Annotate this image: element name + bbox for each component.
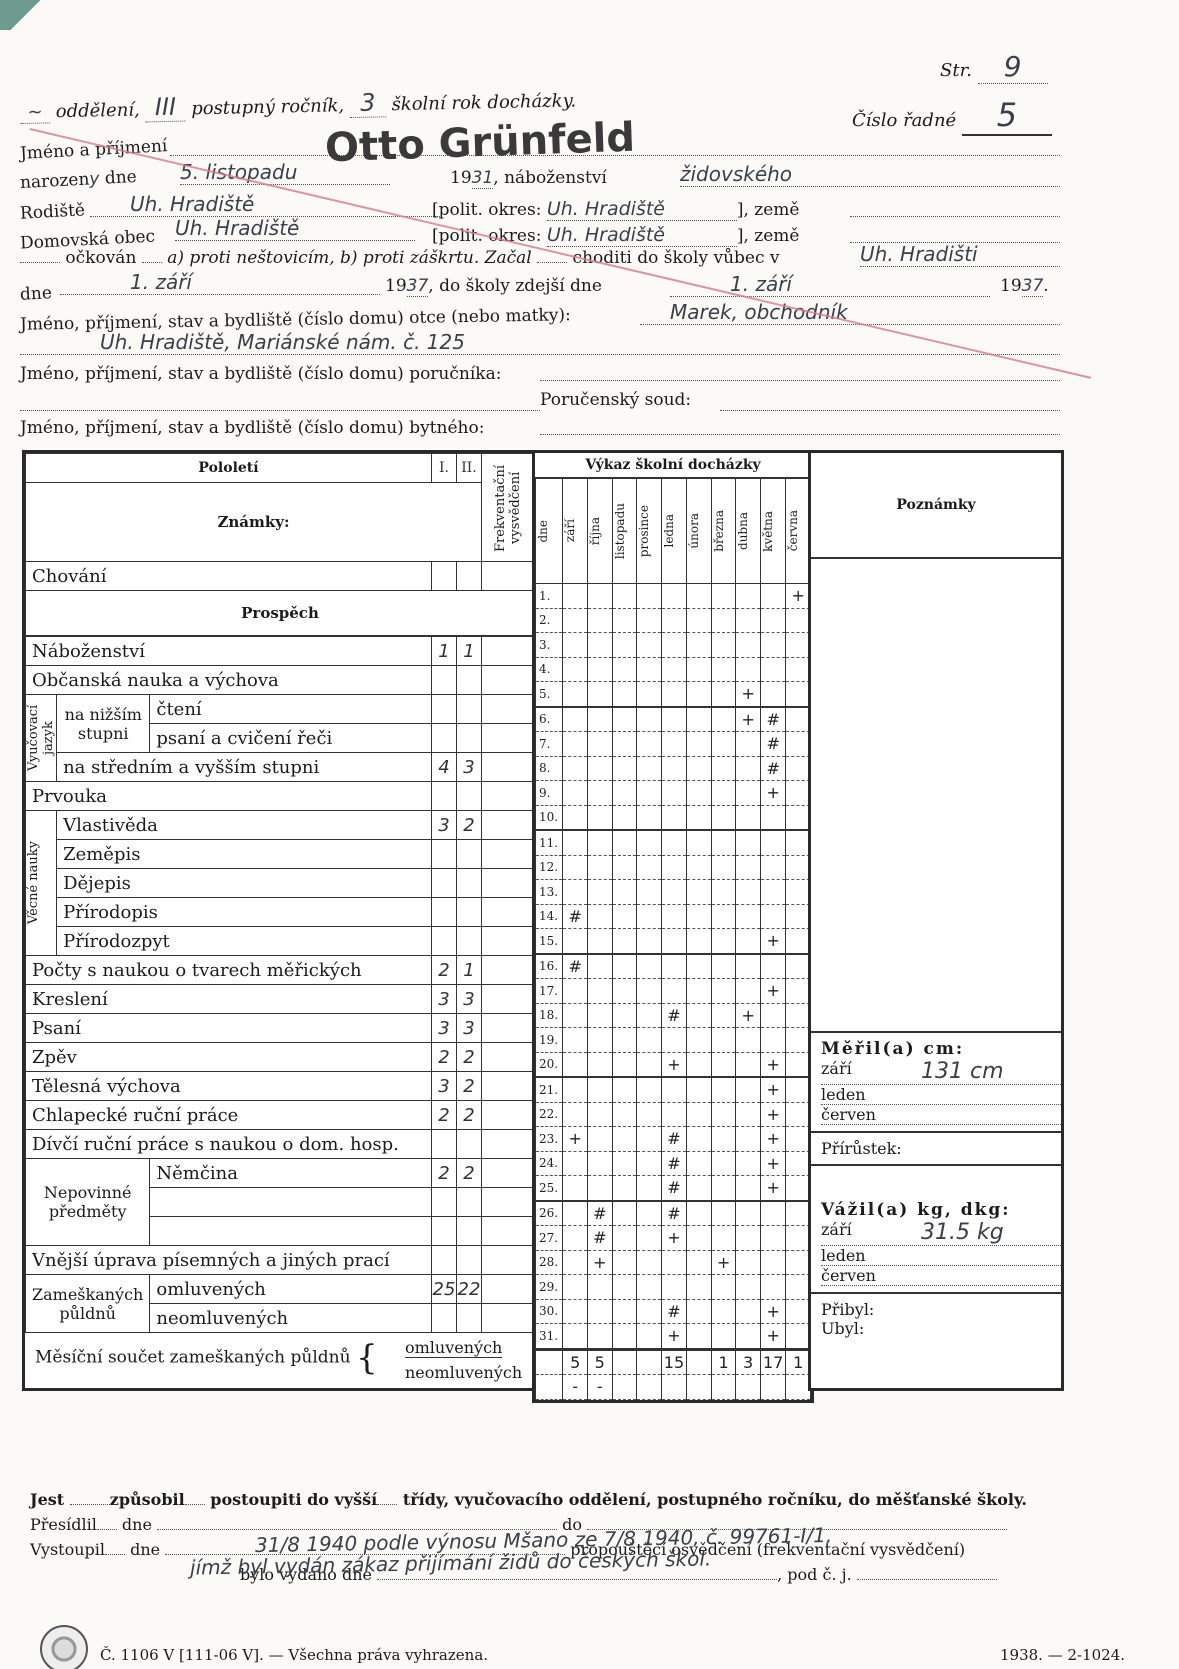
- attendance-row: 14.#: [536, 904, 811, 929]
- attendance-cell: +: [760, 1151, 785, 1176]
- attendance-cell: [760, 1275, 785, 1300]
- attendance-cell: [587, 1003, 612, 1028]
- local-school-label: , do školy zdejší dne: [428, 276, 602, 296]
- attendance-cell: [736, 732, 761, 757]
- attendance-cell: [711, 1226, 736, 1251]
- attendance-cell: [661, 1077, 686, 1102]
- school-start-year: 37: [407, 276, 429, 297]
- attendance-cell: [687, 1250, 712, 1275]
- attendance-cell: [687, 1226, 712, 1251]
- attendance-cell: [760, 682, 785, 707]
- attendance-cell: #: [760, 707, 785, 732]
- attendance-cell: [786, 608, 811, 633]
- attendance-cell: [637, 1299, 662, 1324]
- attendance-cell: [637, 929, 662, 954]
- attendance-row: 1.+: [536, 584, 811, 609]
- attendance-cell: [637, 1176, 662, 1201]
- attendance-cell: [612, 954, 637, 979]
- grade-row: Dějepis: [26, 869, 535, 898]
- attendance-row: 12.: [536, 855, 811, 880]
- school-start-label: choditi do školy vůbec v: [573, 248, 780, 268]
- grade-row: Tělesná výchova32: [26, 1072, 535, 1101]
- subject-grades: Náboženství11 Občanská nauka a výchova V…: [25, 636, 535, 1333]
- attendance-cell: [736, 1127, 761, 1152]
- attendance-cell: [661, 1250, 686, 1275]
- attendance-cell: [637, 1250, 662, 1275]
- eligibility-value: způsobil: [110, 1490, 185, 1509]
- attendance-cell: +: [661, 1226, 686, 1251]
- month-header: dubna: [736, 479, 761, 584]
- attendance-cell: [637, 954, 662, 979]
- attendance-cell: [587, 1102, 612, 1127]
- attendance-cell: +: [760, 1077, 785, 1102]
- attendance-cell: [786, 1077, 811, 1102]
- attendance-cell: [687, 1003, 712, 1028]
- vaccination-line: očkován a) proti neštovicím, b) proti zá…: [20, 248, 780, 268]
- attendance-cell: [612, 1077, 637, 1102]
- attendance-cell: [760, 1226, 785, 1251]
- attendance-cell: [612, 1275, 637, 1300]
- attendance-cell: [687, 682, 712, 707]
- attendance-row: 9.+: [536, 781, 811, 806]
- day-number: 31.: [536, 1324, 563, 1350]
- attendance-cell: [612, 1324, 637, 1350]
- attendance-cell: [786, 880, 811, 905]
- attendance-cell: +: [736, 682, 761, 707]
- attendance-cell: [786, 1324, 811, 1350]
- local-start-date: 1. září: [670, 272, 990, 297]
- year-label: školní rok docházky.: [391, 90, 576, 115]
- conduct-label: Chování: [26, 562, 432, 591]
- attendance-cell: #: [587, 1201, 612, 1226]
- attendance-cell: [587, 954, 612, 979]
- weight-label: Vážil(a) kg, dkg:: [811, 1200, 1061, 1220]
- attendance-cell: #: [587, 1226, 612, 1251]
- attendance-cell: [637, 584, 662, 609]
- attendance-cell: [661, 904, 686, 929]
- attendance-cell: [587, 1176, 612, 1201]
- name-label: Jméno a příjmení: [20, 136, 168, 164]
- attendance-cell: [711, 707, 736, 732]
- attendance-cell: [736, 1151, 761, 1176]
- semester-2-header: II.: [457, 454, 482, 483]
- attendance-cell: [612, 1250, 637, 1275]
- day-number: 10.: [536, 805, 563, 830]
- domicile-value: Uh. Hradiště: [175, 216, 415, 241]
- attendance-cell: +: [661, 1052, 686, 1077]
- attendance-cell: [612, 584, 637, 609]
- attendance-cell: [711, 1052, 736, 1077]
- day-number: 5.: [536, 682, 563, 707]
- attendance-cell: [563, 805, 588, 830]
- attendance-cell: [786, 1052, 811, 1077]
- attendance-row: 6.+#: [536, 707, 811, 732]
- attendance-cell: [661, 880, 686, 905]
- day-number: 4.: [536, 657, 563, 682]
- attendance-cell: [563, 1077, 588, 1102]
- attendance-row: 3.: [536, 633, 811, 658]
- attendance-cell: #: [661, 1176, 686, 1201]
- attendance-cell: [687, 954, 712, 979]
- notes-title: Poznámky: [811, 453, 1061, 559]
- attendance-cell: [587, 1324, 612, 1350]
- attendance-row: 17.+: [536, 979, 811, 1004]
- attendance-cell: [786, 756, 811, 781]
- form-code: Č. 1106 V [111-06 V]. — Všechna práva vy…: [100, 1646, 488, 1664]
- height-row-sep: září131 cm leden červen: [811, 1059, 1061, 1125]
- district-label: [polit. okres:: [432, 200, 541, 220]
- day-number: 18.: [536, 1003, 563, 1028]
- year-prefix: 19: [450, 168, 472, 188]
- attendance-cell: [760, 904, 785, 929]
- attendance-cell: [711, 657, 736, 682]
- height-section: Měřil(a) cm: září131 cm leden červen Pří…: [811, 1031, 1061, 1344]
- grade-row: Zameškaných půldnů omluvených2522: [26, 1275, 535, 1304]
- issued-line: bylo vydáno dne , pod č. j. jímž byl vyd…: [30, 1565, 1130, 1584]
- grade-row: Zeměpis: [26, 840, 535, 869]
- grade-row: Přírodozpyt: [26, 927, 535, 956]
- excused-totals-row: 5 5 15 1 3 17 1: [536, 1349, 811, 1375]
- attendance-cell: [637, 682, 662, 707]
- optional-group: Nepovinné předměty: [26, 1159, 150, 1246]
- attendance-cell: #: [661, 1201, 686, 1226]
- attendance-cell: [736, 1102, 761, 1127]
- local-start-year: 37: [1022, 276, 1044, 297]
- attendance-cell: [736, 633, 761, 658]
- excused-sum-label: omluvených: [405, 1338, 502, 1358]
- day-number: 2.: [536, 608, 563, 633]
- attendance-cell: [637, 781, 662, 806]
- attendance-row: 21.+: [536, 1077, 811, 1102]
- attendance-cell: [786, 1003, 811, 1028]
- marks-header: Známky:: [26, 483, 482, 562]
- attendance-cell: [637, 1151, 662, 1176]
- day-number: 19.: [536, 1028, 563, 1053]
- page-label: Str.: [940, 60, 972, 81]
- page-number: 9: [978, 50, 1048, 84]
- country-label-2: ], země: [737, 226, 800, 246]
- attendance-cell: [687, 1028, 712, 1053]
- attendance-cell: [736, 1275, 761, 1300]
- day-number: 24.: [536, 1151, 563, 1176]
- attendance-cell: #: [661, 1127, 686, 1152]
- attendance-row: 28.++: [536, 1250, 811, 1275]
- attendance-cell: [736, 1324, 761, 1350]
- attendance-row: 22.+: [536, 1102, 811, 1127]
- attendance-cell: [612, 1299, 637, 1324]
- attendance-cell: [687, 584, 712, 609]
- attendance-cell: #: [563, 954, 588, 979]
- day-number: 11.: [536, 830, 563, 855]
- guardian-line: [540, 380, 1060, 381]
- attendance-cell: [736, 1250, 761, 1275]
- semester-header: Pololetí: [26, 454, 432, 483]
- month-header: ledna: [661, 479, 686, 584]
- born-label: narozen: [20, 169, 90, 193]
- attendance-cell: [786, 633, 811, 658]
- attendance-cell: [612, 1127, 637, 1152]
- day-number: 6.: [536, 707, 563, 732]
- attendance-cell: [786, 1102, 811, 1127]
- attendance-row: 26.##: [536, 1201, 811, 1226]
- month-header: května: [760, 479, 785, 584]
- grade-row: Zpěv22: [26, 1043, 535, 1072]
- day-number: 1.: [536, 584, 563, 609]
- publisher-seal-icon: [40, 1625, 88, 1669]
- attendance-cell: [661, 584, 686, 609]
- attendance-cell: [612, 855, 637, 880]
- attendance-cell: [736, 880, 761, 905]
- grade-row: Náboženství11: [26, 637, 535, 666]
- attendance-cell: [760, 584, 785, 609]
- attendance-cell: [736, 1176, 761, 1201]
- attendance-cell: [760, 1003, 785, 1028]
- school-start-place: Uh. Hradišti: [860, 242, 1060, 267]
- attendance-cell: [637, 732, 662, 757]
- monthly-sum-label: Měsíční součet zameškaných půldnů: [35, 1348, 351, 1368]
- attendance-cell: [563, 781, 588, 806]
- attendance-row: 15.+: [536, 929, 811, 954]
- attendance-row: 8.#: [536, 756, 811, 781]
- attendance-row: 19.: [536, 1028, 811, 1053]
- day-number: 9.: [536, 781, 563, 806]
- month-header: června: [786, 479, 811, 584]
- attendance-cell: [637, 979, 662, 1004]
- attendance-cell: [687, 1127, 712, 1152]
- attendance-cell: [612, 1003, 637, 1028]
- attendance-cell: [587, 855, 612, 880]
- religion-value: židovského: [680, 162, 1060, 187]
- grade-row: Chlapecké ruční práce22: [26, 1101, 535, 1130]
- day-number: 15.: [536, 929, 563, 954]
- attendance-cell: [736, 855, 761, 880]
- attendance-cell: [563, 633, 588, 658]
- attendance-cell: [760, 1250, 785, 1275]
- attendance-cell: [637, 608, 662, 633]
- attendance-cell: [661, 682, 686, 707]
- attendance-cell: [760, 608, 785, 633]
- grade-row: na středním a vyšším stupni43: [26, 753, 535, 782]
- attendance-cell: [711, 830, 736, 855]
- attendance-row: 29.: [536, 1275, 811, 1300]
- attendance-cell: [637, 1003, 662, 1028]
- attendance-cell: [711, 929, 736, 954]
- attendance-cell: [612, 707, 637, 732]
- attendance-cell: [661, 1028, 686, 1053]
- day-number: 3.: [536, 633, 563, 658]
- attendance-cell: [711, 1324, 736, 1350]
- attendance-cell: [687, 657, 712, 682]
- attendance-cell: [687, 633, 712, 658]
- attendance-cell: [687, 608, 712, 633]
- attendance-cell: [612, 732, 637, 757]
- attendance-cell: [563, 1275, 588, 1300]
- attendance-cell: [711, 1077, 736, 1102]
- attendance-cell: [563, 1151, 588, 1176]
- attendance-cell: [661, 805, 686, 830]
- day-number: 7.: [536, 732, 563, 757]
- attendance-cell: [687, 756, 712, 781]
- attendance-cell: [563, 830, 588, 855]
- division-label: oddělení,: [56, 99, 140, 122]
- grade-row: Psaní33: [26, 1014, 535, 1043]
- attendance-cell: [711, 584, 736, 609]
- order-label: Číslo řadné: [852, 110, 956, 131]
- attendance-row: 24.#+: [536, 1151, 811, 1176]
- attendance-row: 7.#: [536, 732, 811, 757]
- attendance-cell: [711, 756, 736, 781]
- absence-group: Zameškaných půldnů: [26, 1275, 150, 1333]
- attendance-cell: [612, 1151, 637, 1176]
- attendance-cell: [711, 979, 736, 1004]
- attendance-cell: [786, 1226, 811, 1251]
- country-label: ], země: [737, 200, 800, 220]
- attendance-cell: [563, 732, 588, 757]
- court-label: Poručenský soud:: [540, 390, 691, 410]
- attendance-cell: [637, 904, 662, 929]
- grade-row: Kreslení33: [26, 985, 535, 1014]
- attendance-cell: [786, 1151, 811, 1176]
- attendance-cell: [661, 756, 686, 781]
- birthplace-district-field: [polit. okres: Uh. Hradiště], země: [432, 198, 799, 221]
- attendance-cell: +: [760, 1102, 785, 1127]
- attendance-cell: [711, 1127, 736, 1152]
- attendance-cell: [637, 805, 662, 830]
- grade-row: Věcné nauky Vlastivěda32: [26, 811, 535, 840]
- attendance-cell: +: [760, 979, 785, 1004]
- attendance-cell: [687, 904, 712, 929]
- attendance-cell: [612, 929, 637, 954]
- grade-row: Dívčí ruční práce s naukou o dom. hosp.: [26, 1130, 535, 1159]
- footer: Jest způsobil postoupiti do vyšší třídy,…: [30, 1490, 1130, 1584]
- attendance-cell: [711, 1003, 736, 1028]
- guardian-line-2: [20, 410, 540, 411]
- attendance-cell: [563, 1324, 588, 1350]
- attendance-cell: [563, 682, 588, 707]
- attendance-cell: +: [760, 1176, 785, 1201]
- year-value: 3: [350, 88, 387, 118]
- semester-1-header: I.: [432, 454, 457, 483]
- day-number: 14.: [536, 904, 563, 929]
- vaccination-options: a) proti neštovicím, b) proti záškrtu. Z…: [167, 248, 532, 268]
- attendance-cell: +: [786, 584, 811, 609]
- attendance-cell: [760, 830, 785, 855]
- attendance-row: 5.+: [536, 682, 811, 707]
- attendance-cell: [786, 904, 811, 929]
- attendance-cell: [736, 1052, 761, 1077]
- attendance-cell: [687, 1052, 712, 1077]
- attendance-cell: [587, 633, 612, 658]
- attendance-cell: [786, 805, 811, 830]
- birthplace-label: Rodiště: [20, 200, 86, 223]
- attendance-cell: [786, 855, 811, 880]
- attendance-row: 25.#+: [536, 1176, 811, 1201]
- attendance-cell: [711, 1151, 736, 1176]
- attendance-cell: [687, 979, 712, 1004]
- host-label: Jméno, příjmení, stav a bydliště (číslo …: [20, 418, 484, 438]
- attendance-cell: [687, 880, 712, 905]
- local-year-field: 1937.: [1000, 276, 1049, 296]
- attendance-cell: [612, 1226, 637, 1251]
- attendance-cell: [637, 1226, 662, 1251]
- attendance-cell: [736, 1299, 761, 1324]
- attendance-cell: [736, 756, 761, 781]
- attendance-cell: +: [760, 1127, 785, 1152]
- attendance-cell: [711, 1201, 736, 1226]
- attendance-cell: [587, 1077, 612, 1102]
- attendance-cell: [612, 880, 637, 905]
- grade-value: III: [145, 93, 186, 123]
- attendance-cell: [760, 805, 785, 830]
- attendance-cell: +: [563, 1127, 588, 1152]
- attendance-cell: [711, 1028, 736, 1053]
- attendance-cell: [687, 707, 712, 732]
- attendance-cell: [711, 954, 736, 979]
- attendance-cell: [637, 1324, 662, 1350]
- attendance-cell: [687, 1077, 712, 1102]
- attendance-cell: [786, 1275, 811, 1300]
- grade-row: Počty s naukou o tvarech měřických21: [26, 956, 535, 985]
- day-number: 27.: [536, 1226, 563, 1251]
- attendance-cell: [612, 1028, 637, 1053]
- attendance-cell: [736, 584, 761, 609]
- attendance-table: Výkaz školní docházky dne září října lis…: [532, 450, 814, 1403]
- attendance-cell: [736, 904, 761, 929]
- attendance-cell: [760, 633, 785, 658]
- attendance-cell: [563, 1201, 588, 1226]
- attendance-cell: [711, 805, 736, 830]
- grade-row: Občanská nauka a výchova: [26, 666, 535, 695]
- attendance-cell: [786, 979, 811, 1004]
- attendance-cell: [687, 732, 712, 757]
- attendance-cell: [687, 1324, 712, 1350]
- attendance-cell: [587, 929, 612, 954]
- day-number: 17.: [536, 979, 563, 1004]
- attendance-cell: [563, 1052, 588, 1077]
- attendance-cell: [587, 657, 612, 682]
- attendance-cell: [711, 904, 736, 929]
- attendance-cell: [563, 608, 588, 633]
- attendance-cell: [711, 1299, 736, 1324]
- attendance-cell: [736, 1226, 761, 1251]
- attendance-cell: +: [711, 1250, 736, 1275]
- attendance-cell: [637, 1102, 662, 1127]
- day-number: 13.: [536, 880, 563, 905]
- attendance-cell: [736, 608, 761, 633]
- attendance-cell: #: [563, 904, 588, 929]
- month-header: listopadu: [612, 479, 637, 584]
- attendance-cell: [760, 855, 785, 880]
- attendance-cell: +: [736, 707, 761, 732]
- attendance-cell: [612, 979, 637, 1004]
- attendance-cell: #: [760, 732, 785, 757]
- attendance-row: 20.++: [536, 1052, 811, 1077]
- attendance-cell: [687, 781, 712, 806]
- attendance-cell: [687, 805, 712, 830]
- lower-level: na nižším stupni: [57, 695, 150, 753]
- month-header: února: [687, 479, 712, 584]
- attendance-cell: [736, 781, 761, 806]
- attendance-cell: [661, 657, 686, 682]
- attendance-cell: [661, 1275, 686, 1300]
- attendance-cell: [637, 1201, 662, 1226]
- grade-row: Přírodopis: [26, 898, 535, 927]
- attendance-cell: [736, 1077, 761, 1102]
- attendance-row: 2.: [536, 608, 811, 633]
- notes-panel: Poznámky Měřil(a) cm: září131 cm leden č…: [808, 450, 1064, 1391]
- attendance-cell: [612, 633, 637, 658]
- birth-year-field: 1931, náboženství: [450, 168, 607, 188]
